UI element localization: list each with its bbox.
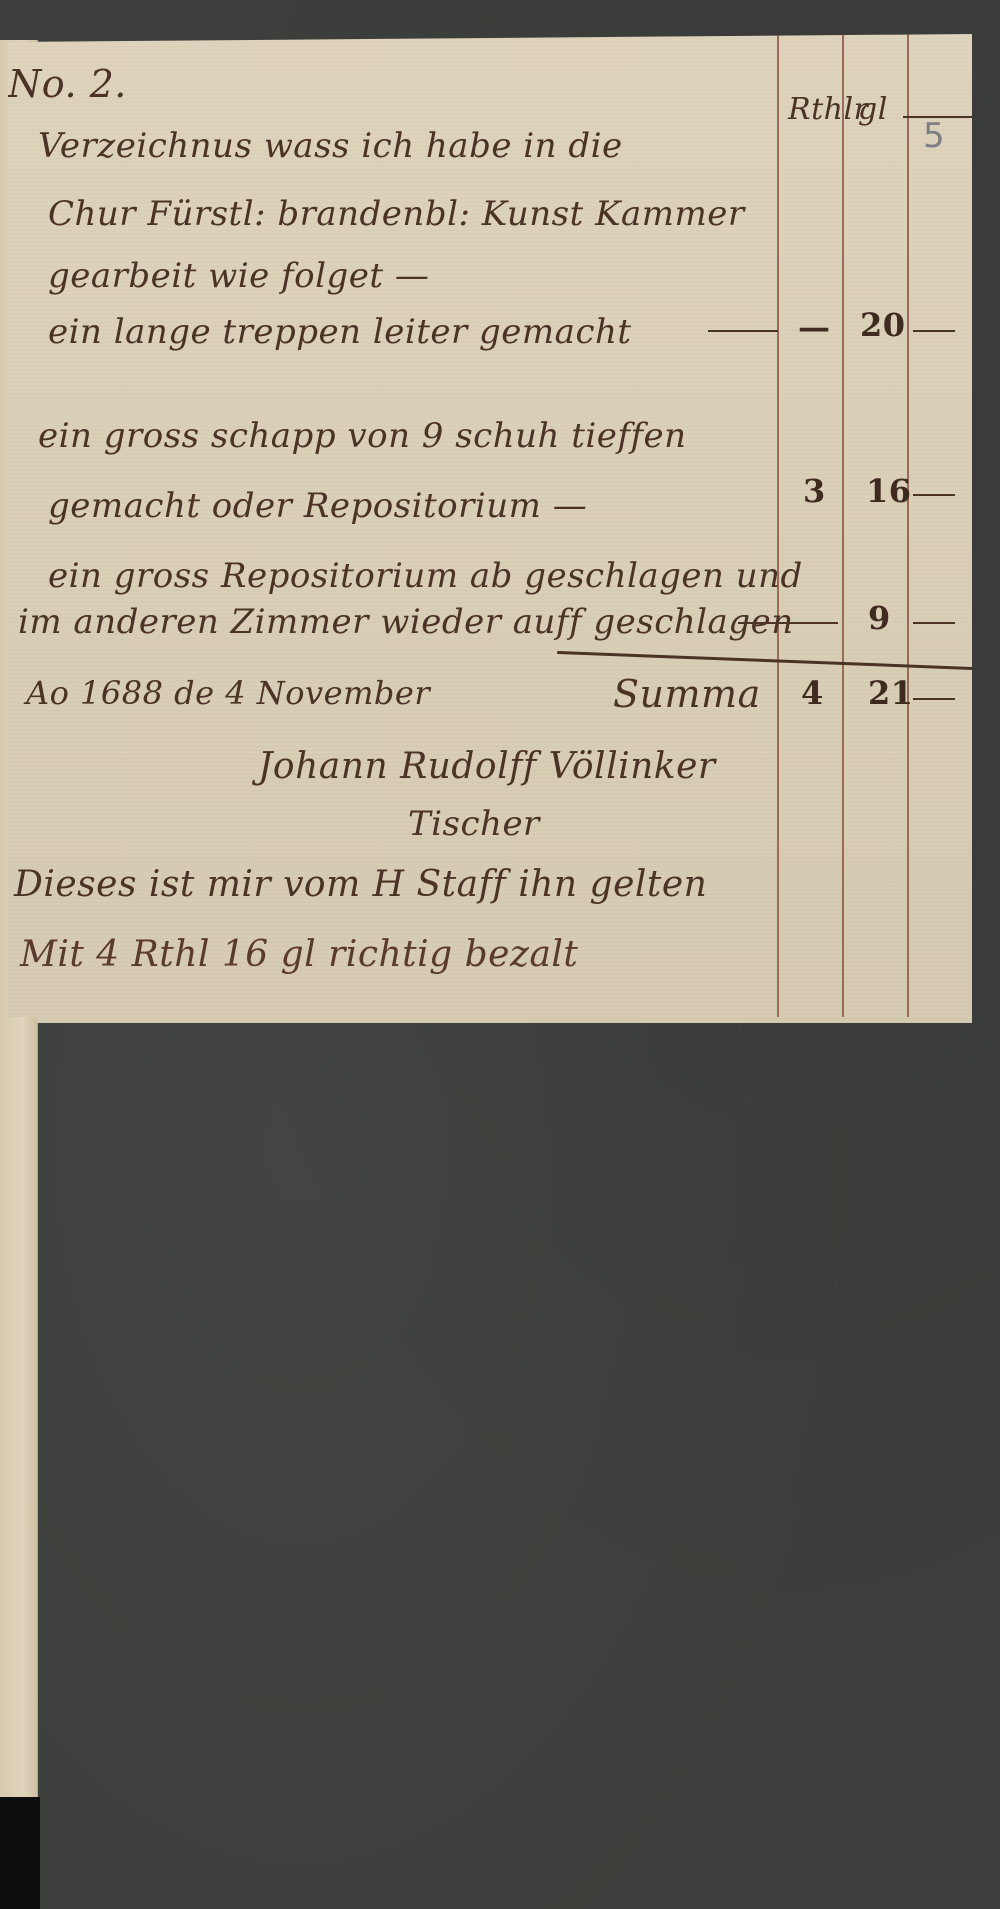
column-rule-middle	[842, 34, 844, 1017]
sum-rule	[557, 651, 987, 671]
header-dash	[903, 116, 973, 118]
pencil-page-number: 5	[923, 116, 945, 156]
item-1-gl: 20	[860, 306, 906, 344]
item-1-line-1: ein lange treppen leiter gemacht	[48, 312, 632, 352]
intro-line-3: gearbeit wie folget —	[48, 256, 429, 296]
item-3-line-2: im anderen Zimmer wieder auff geschlagen	[18, 602, 794, 642]
item-3-end-dash	[913, 622, 955, 624]
item-2-end-dash	[913, 494, 955, 496]
total-gl: 21	[868, 674, 914, 712]
column-header-gl: gl	[858, 92, 888, 127]
receipt-line-2: Mit 4 Rthl 16 gl richtig bezalt	[20, 934, 578, 975]
item-1-end-dash	[913, 330, 955, 332]
item-2-gl: 16	[866, 472, 912, 510]
item-3-line-1: ein gross Repositorium ab geschlagen und	[48, 556, 803, 596]
receipt-line-1: Dieses ist mir vom H Staff ihn gelten	[14, 864, 707, 905]
manuscript-page: No. 2. 5 Rthlr gl Verzeichnus wass ich h…	[8, 34, 972, 1023]
item-3-dash	[738, 622, 838, 624]
column-rule-right	[907, 34, 909, 1017]
intro-line-1: Verzeichnus wass ich habe in die	[38, 126, 623, 166]
total-end-dash	[913, 698, 955, 700]
column-header-rthlr: Rthlr	[788, 92, 868, 127]
column-rule-left	[777, 34, 779, 1017]
item-1-rthlr: —	[798, 308, 831, 346]
intro-line-2: Chur Fürstl: brandenbl: Kunst Kammer	[48, 194, 745, 234]
signature: Johann Rudolff Völlinker	[258, 746, 716, 787]
item-2-line-1: ein gross schapp von 9 schuh tieffen	[38, 416, 687, 456]
document-number: No. 2.	[8, 62, 127, 106]
date-line: Ao 1688 de 4 November	[26, 674, 430, 712]
item-2-rthlr: 3	[803, 472, 826, 510]
item-2-line-2: gemacht oder Repositorium —	[48, 486, 587, 526]
total-label: Summa	[613, 672, 761, 716]
occupation: Tischer	[408, 804, 540, 844]
item-3-gl: 9	[868, 599, 891, 637]
total-rthlr: 4	[801, 674, 824, 712]
binding-edge	[0, 1797, 40, 1909]
item-1-dash	[708, 330, 778, 332]
